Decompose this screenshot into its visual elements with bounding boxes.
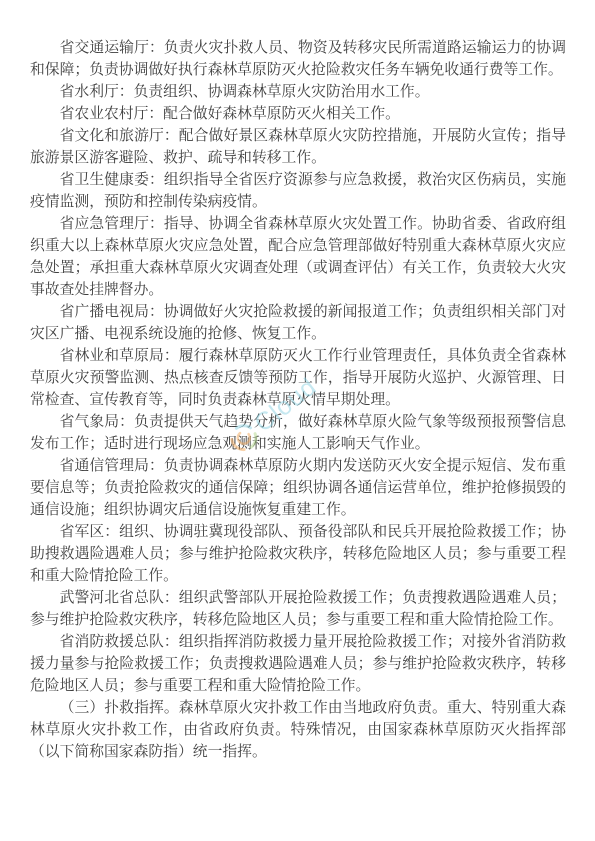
document-body: 省交通运输厅：负责火灾扑救人员、物资及转移灾民所需道路运输运力的协调和保障；负责… (30, 37, 566, 763)
document-page: 省交通运输厅：负责火灾扑救人员、物资及转移灾民所需道路运输运力的协调和保障；负责… (0, 0, 595, 841)
paragraph-agriculture-dept: 省农业农村厅：配合做好森林草原防灭火相关工作。 (30, 103, 566, 125)
paragraph-forestry-grassland-bureau: 省林业和草原局：履行森林草原防灭火工作行业管理责任，具体负责全省森林草原火灾预警… (30, 345, 566, 411)
paragraph-firefighting-command: （三）扑救指挥。森林草原火灾扑救工作由当地政府负责。重大、特别重大森林草原火灾扑… (30, 697, 566, 763)
paragraph-communications-bureau: 省通信管理局：负责协调森林草原防火期内发送防灭火安全提示短信、发布重要信息等；负… (30, 455, 566, 521)
paragraph-military-region: 省军区：组织、协调驻冀现役部队、预备役部队和民兵开展抢险救援工作；协助搜救遇险遇… (30, 521, 566, 587)
paragraph-water-dept: 省水利厅：负责组织、协调森林草原火灾防治用水工作。 (30, 81, 566, 103)
paragraph-emergency-mgmt-dept: 省应急管理厅：指导、协调全省森林草原火灾处置工作。协助省委、省政府组织重大以上森… (30, 213, 566, 301)
paragraph-meteorological-bureau: 省气象局：负责提供天气趋势分析，做好森林草原火险气象等级预报预警信息发布工作；适… (30, 411, 566, 455)
paragraph-health-commission: 省卫生健康委：组织指导全省医疗资源参与应急救援，救治灾区伤病员，实施疫情监测，预… (30, 169, 566, 213)
paragraph-fire-rescue-corps: 省消防救援总队：组织指挥消防救援力量开展抢险救援工作；对接外省消防救援力量参与抢… (30, 631, 566, 697)
paragraph-armed-police-corps: 武警河北省总队：组织武警部队开展抢险救援工作；负责搜救遇险遇难人员；参与维护抢险… (30, 587, 566, 631)
paragraph-culture-tourism-dept: 省文化和旅游厅：配合做好景区森林草原火灾防控措施，开展防火宣传；指导旅游景区游客… (30, 125, 566, 169)
paragraph-transport-dept: 省交通运输厅：负责火灾扑救人员、物资及转移灾民所需道路运输运力的协调和保障；负责… (30, 37, 566, 81)
paragraph-radio-tv-bureau: 省广播电视局：协调做好火灾抢险救援的新闻报道工作；负责组织相关部门对灾区广播、电… (30, 301, 566, 345)
